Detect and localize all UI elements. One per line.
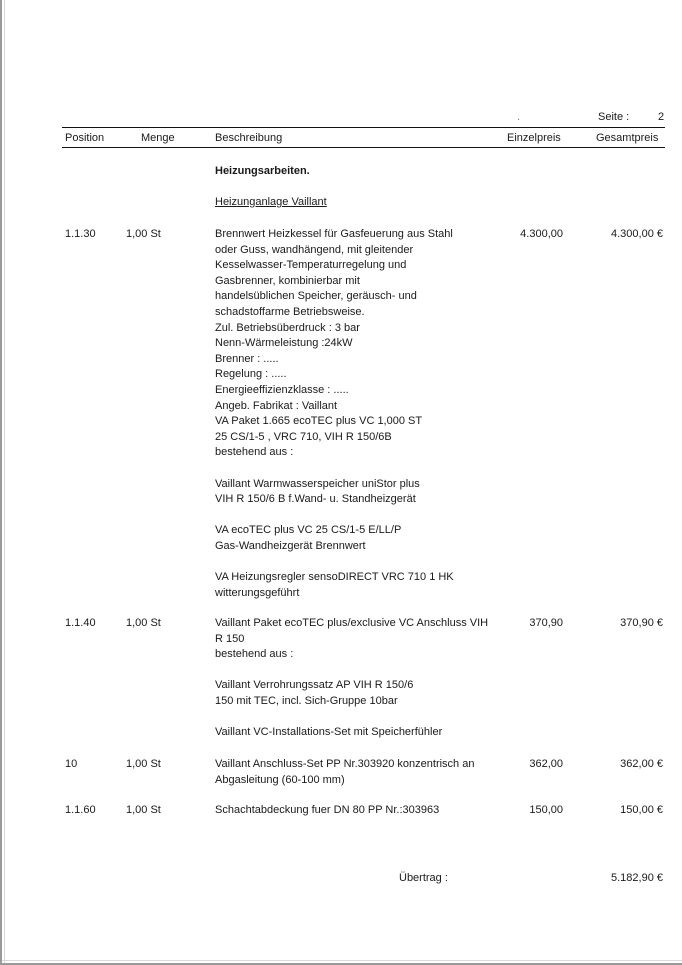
column-header-position: Position: [65, 131, 104, 147]
description-line: Angeb. Fabrikat : Vaillant: [215, 399, 500, 415]
row-menge: 1,00 St: [126, 227, 161, 243]
header-rule-bottom: [62, 147, 665, 148]
row-einzelpreis: 370,90: [529, 616, 563, 632]
row-description: Vaillant Paket ecoTEC plus/exclusive VC …: [215, 616, 500, 741]
row-description: Brennwert Heizkessel für Gasfeuerung aus…: [215, 227, 500, 601]
row-position: 1.1.40: [65, 616, 96, 632]
description-line: Brennwert Heizkessel für Gasfeuerung aus…: [215, 227, 500, 243]
description-line: Brenner : .....: [215, 352, 500, 368]
row-gesamtpreis: 150,00 €: [620, 803, 663, 819]
description-line: 150 mit TEC, incl. Sich-Gruppe 10bar: [215, 694, 500, 710]
row-position: 10: [65, 757, 77, 773]
description-line: Abgasleitung (60-100 mm): [215, 773, 500, 789]
header-mark: .: [517, 110, 520, 126]
description-line: bestehend aus :: [215, 445, 500, 461]
description-line: [215, 461, 500, 477]
description-line: oder Guss, wandhängend, mit gleitender: [215, 243, 500, 259]
section-title: Heizungsarbeiten.: [215, 164, 310, 180]
row-einzelpreis: 362,00: [529, 757, 563, 773]
document-page: . Seite : 2 Position Menge Beschreibung …: [0, 0, 682, 965]
description-line: bestehend aus :: [215, 647, 500, 663]
description-line: Gasbrenner, kombinierbar mit: [215, 274, 500, 290]
row-menge: 1,00 St: [126, 616, 161, 632]
description-line: Energieeffizienzklasse : .....: [215, 383, 500, 399]
carry-over-label: Übertrag :: [399, 871, 448, 887]
description-line: Zul. Betriebsüberdruck : 3 bar: [215, 321, 500, 337]
description-line: [215, 508, 500, 524]
row-einzelpreis: 150,00: [529, 803, 563, 819]
description-line: R 150: [215, 632, 500, 648]
description-line: VA Paket 1.665 ecoTEC plus VC 1,000 ST: [215, 414, 500, 430]
description-line: [215, 710, 500, 726]
description-line: handelsüblichen Speicher, geräusch- und: [215, 289, 500, 305]
description-line: Vaillant VC-Installations-Set mit Speich…: [215, 725, 500, 741]
page-label: Seite :: [598, 110, 629, 126]
description-line: Gas-Wandheizgerät Brennwert: [215, 539, 500, 555]
column-header-menge: Menge: [141, 131, 175, 147]
row-gesamtpreis: 370,90 €: [620, 616, 663, 632]
row-einzelpreis: 4.300,00: [520, 227, 563, 243]
page-number: 2: [658, 110, 664, 126]
description-line: Kesselwasser-Temperaturregelung und: [215, 258, 500, 274]
row-position: 1.1.30: [65, 227, 96, 243]
description-line: 25 CS/1-5 , VRC 710, VIH R 150/6B: [215, 430, 500, 446]
description-line: [215, 663, 500, 679]
column-header-beschreibung: Beschreibung: [215, 131, 282, 147]
row-position: 1.1.60: [65, 803, 96, 819]
description-line: VA ecoTEC plus VC 25 CS/1-5 E/LL/P: [215, 523, 500, 539]
row-description: Schachtabdeckung fuer DN 80 PP Nr.:30396…: [215, 803, 500, 819]
description-line: Nenn-Wärmeleistung :24kW: [215, 336, 500, 352]
row-menge: 1,00 St: [126, 757, 161, 773]
description-line: VA Heizungsregler sensoDIRECT VRC 710 1 …: [215, 570, 500, 586]
row-gesamtpreis: 4.300,00 €: [611, 227, 663, 243]
description-line: VIH R 150/6 B f.Wand- u. Standheizgerät: [215, 492, 500, 508]
row-menge: 1,00 St: [126, 803, 161, 819]
description-line: witterungsgeführt: [215, 586, 500, 602]
carry-over-value: 5.182,90 €: [611, 871, 663, 887]
subsection-title: Heizunganlage Vaillant: [215, 195, 327, 211]
column-header-gesamtpreis: Gesamtpreis: [596, 131, 658, 147]
description-line: Vaillant Warmwasserspeicher uniStor plus: [215, 477, 500, 493]
description-line: Vaillant Verrohrungssatz AP VIH R 150/6: [215, 678, 500, 694]
description-line: Vaillant Paket ecoTEC plus/exclusive VC …: [215, 616, 500, 632]
description-line: [215, 554, 500, 570]
description-line: Regelung : .....: [215, 367, 500, 383]
row-description: Vaillant Anschluss-Set PP Nr.303920 konz…: [215, 757, 500, 788]
column-header-einzelpreis: Einzelpreis: [507, 131, 561, 147]
description-line: schadstoffarme Betriebsweise.: [215, 305, 500, 321]
row-gesamtpreis: 362,00 €: [620, 757, 663, 773]
description-line: Vaillant Anschluss-Set PP Nr.303920 konz…: [215, 757, 500, 773]
description-line: Schachtabdeckung fuer DN 80 PP Nr.:30396…: [215, 803, 500, 819]
header-rule-top: [62, 127, 665, 128]
